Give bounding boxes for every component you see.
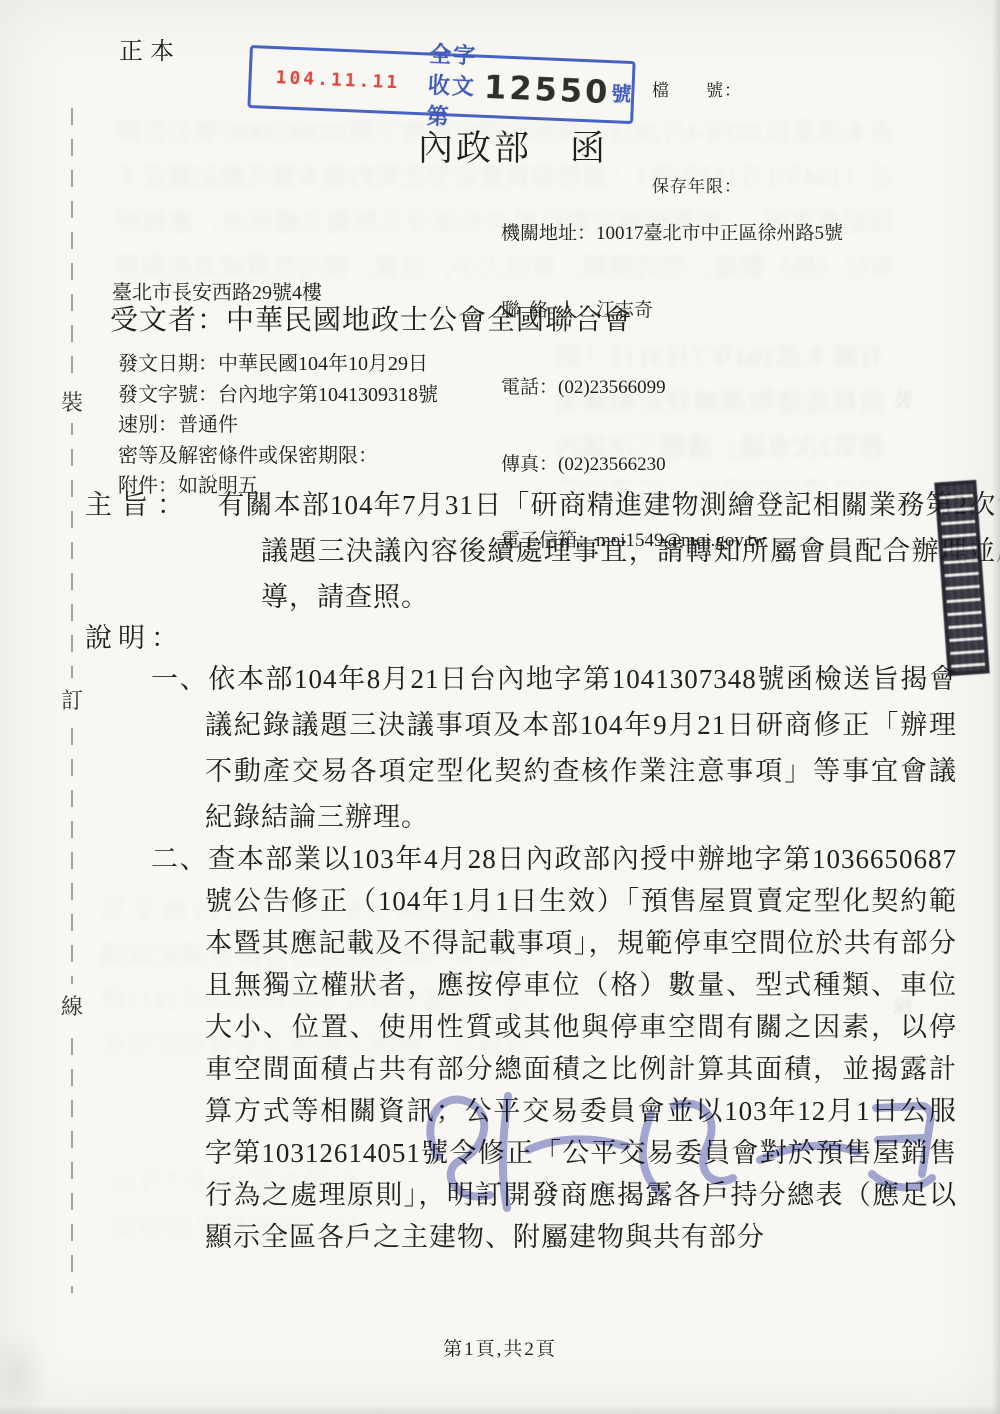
- sender-phone: 電話：(02)23566099: [501, 375, 843, 401]
- letter-title: 內政部 函: [418, 121, 608, 171]
- explanation-item-1: 一、依本部104年8月21日台內地字第1041307348號函檢送旨揭會議紀錄議…: [151, 656, 957, 840]
- handwritten-signature: [408, 1062, 948, 1232]
- binding-mark-zhuang: 裝: [57, 380, 87, 423]
- recipient-line: 受文者：中華民國地政士公會全國聯合會: [110, 298, 632, 338]
- file-number-label: 檔 號：: [652, 75, 742, 107]
- subject-paragraph: 主旨：有關本部104年7月31日「研商精進建物測繪登記相關業務第2次會議」議題三…: [85, 482, 1000, 620]
- item-text: 依本部104年8月21日台內地字第1041307348號函檢送旨揭會議紀錄議題三…: [205, 664, 957, 832]
- subject-text: 有關本部104年7月31日「研商精進建物測繪登記相關業務第2次會議」議題三決議內…: [217, 490, 1000, 612]
- received-date-stamp: 104.11.11 全字收文第 12550 號: [247, 45, 635, 124]
- classification: 密等及解密條件或保密期限：: [118, 441, 438, 472]
- priority: 速別：普通件: [118, 410, 438, 441]
- bleedthrough-binding-char: 裝: [894, 384, 914, 413]
- binding-mark-xian: 線: [57, 984, 87, 1027]
- scan-edge-shadow: [992, 0, 1000, 1414]
- subject-label: 主旨：: [85, 482, 217, 528]
- sender-fax: 傳真：(02)23566230: [501, 452, 843, 478]
- explanation-label: 說明：: [85, 616, 184, 655]
- issue-number: 發文字號：台內地字第1041309318號: [118, 380, 438, 411]
- item-number: 二、: [151, 844, 208, 874]
- sender-address: 機關地址：10017臺北市中正區徐州路5號: [501, 221, 843, 247]
- document-meta-block: 發文日期：中華民國104年10月29日 發文字號：台內地字第1041309318…: [118, 349, 438, 502]
- item-number: 一、: [151, 664, 208, 694]
- scan-smudge: [0, 1330, 52, 1414]
- received-stamp-date: 104.11.11: [275, 67, 400, 93]
- received-stamp-suffix: 號: [611, 77, 632, 107]
- scanned-letter-page: 查本部業以103年4月28日內政部內授中辦地字第1036650687號公告修正（…: [0, 0, 1000, 1414]
- page-number: 第1頁,共2頁: [0, 1334, 1000, 1361]
- received-stamp-number: 12550: [483, 67, 611, 110]
- binding-mark-ding: 訂: [57, 678, 87, 721]
- copy-type-label: 正本: [119, 31, 181, 66]
- issue-date: 發文日期：中華民國104年10月29日: [118, 349, 438, 380]
- scan-edge-shadow: [0, 1405, 1000, 1414]
